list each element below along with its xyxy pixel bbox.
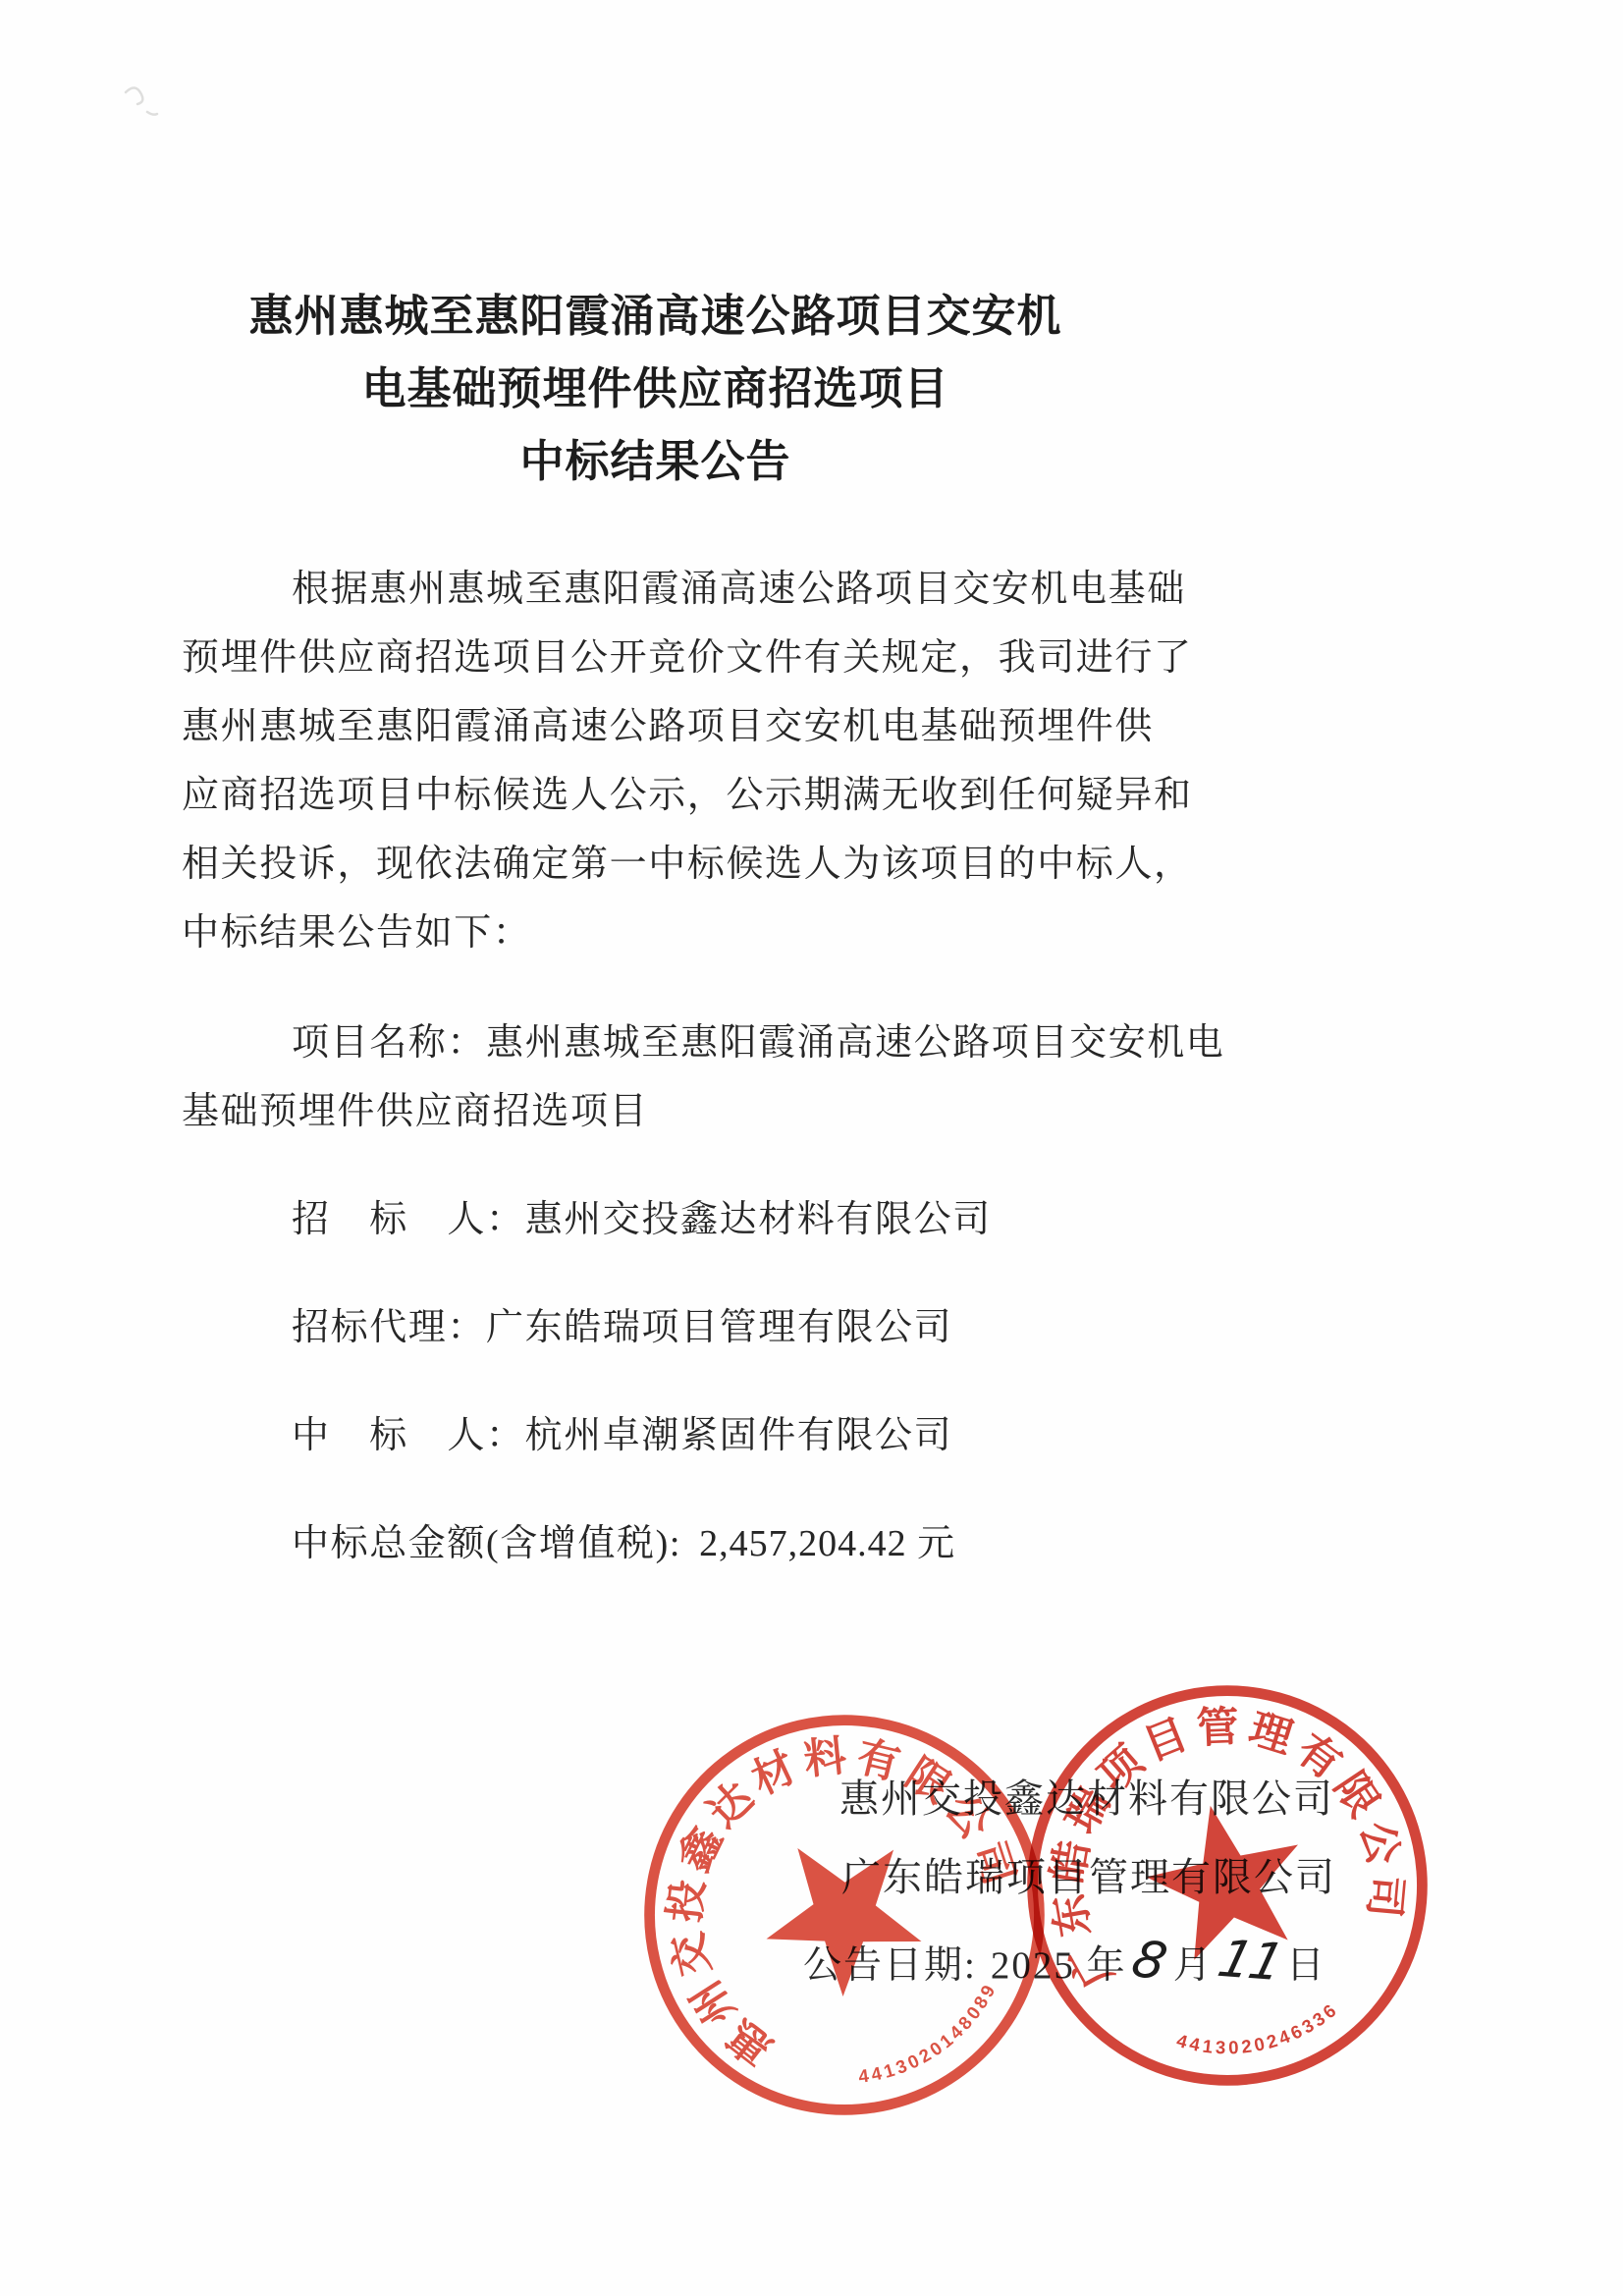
paragraph-line: 根据惠州惠城至惠阳霞涌高速公路项目交安机电基础 [182, 555, 1129, 624]
date-day-unit: 日 [1286, 1944, 1326, 1987]
paragraph-line: 应商招选项目中标候选人公示，公示期满无收到任何疑异和 [182, 761, 1129, 830]
seal-serial-text: 4413020246336 [1170, 1996, 1347, 2072]
agency-value: 广东皓瑞项目管理有限公司 [486, 1307, 952, 1348]
amount-value: 2,457,204.42 元 [681, 1523, 955, 1564]
signature-company-1: 惠州交投鑫达材料有限公司 [839, 1774, 1334, 1825]
date-year-unit: 年 [1087, 1944, 1127, 1987]
date-label: 公告日期: [803, 1944, 977, 1987]
title-line-3: 中标结果公告 [182, 425, 1129, 498]
winner-value: 杭州卓潮紧固件有限公司 [525, 1415, 953, 1456]
agency-label: 招标代理： [292, 1307, 486, 1348]
paragraph-line: 相关投诉，现依法确定第一中标候选人为该项目的中标人， [182, 830, 1129, 899]
amount-label: 中标总金额(含增值税): [292, 1523, 681, 1564]
tenderer-value: 惠州交投鑫达材料有限公司 [525, 1199, 992, 1240]
intro-paragraph: 根据惠州惠城至惠阳霞涌高速公路项目交安机电基础 预埋件供应商招选项目公开竞价文件… [182, 555, 1129, 967]
company-seal-xinda: 惠州交投鑫达材料有限公司 4413020148089 [551, 1621, 1139, 2210]
date-year: 2025 [991, 1944, 1075, 1987]
winner-label: 中 标 人： [292, 1415, 525, 1456]
date-month-handwritten: 8 [1126, 1931, 1174, 1992]
seal-ring [573, 1644, 1116, 2187]
agency-field: 招标代理：广东皓瑞项目管理有限公司 [182, 1293, 1129, 1362]
date-month-unit: 月 [1173, 1944, 1214, 1987]
tenderer-label: 招 标 人： [292, 1199, 525, 1240]
project-name-block: 项目名称：惠州惠城至惠阳霞涌高速公路项目交安机电 基础预埋件供应商招选项目 [182, 1009, 1129, 1146]
announcement-date: 公告日期:2025 年8月11日 [803, 1933, 1326, 1995]
project-name-line: 项目名称：惠州惠城至惠阳霞涌高速公路项目交安机电 [182, 1009, 1129, 1077]
title-line-1: 惠州惠城至惠阳霞涌高速公路项目交安机 [182, 280, 1129, 353]
tenderer-field: 招 标 人：惠州交投鑫达材料有限公司 [182, 1185, 1129, 1254]
document-title: 惠州惠城至惠阳霞涌高速公路项目交安机 电基础预埋件供应商招选项目 中标结果公告 [182, 280, 1129, 498]
announcement-page: 惠州惠城至惠阳霞涌高速公路项目交安机 电基础预埋件供应商招选项目 中标结果公告 … [0, 0, 1623, 2296]
paragraph-line: 中标结果公告如下： [182, 899, 1129, 967]
scan-mark [118, 79, 177, 128]
document-body: 惠州惠城至惠阳霞涌高速公路项目交安机 电基础预埋件供应商招选项目 中标结果公告 … [182, 280, 1129, 1578]
svg-text:4413020246336: 4413020246336 [1170, 1996, 1347, 2072]
signature-company-2: 广东皓瑞项目管理有限公司 [841, 1852, 1336, 1903]
paragraph-line: 惠州惠城至惠阳霞涌高速公路项目交安机电基础预埋件供 [182, 692, 1129, 761]
title-line-2: 电基础预埋件供应商招选项目 [182, 353, 1129, 425]
project-name-line: 基础预埋件供应商招选项目 [182, 1077, 1129, 1146]
paragraph-line: 预埋件供应商招选项目公开竞价文件有关规定，我司进行了 [182, 624, 1129, 692]
date-day-handwritten: 11 [1213, 1931, 1287, 1991]
winner-field: 中 标 人：杭州卓潮紧固件有限公司 [182, 1401, 1129, 1470]
amount-field: 中标总金额(含增值税):2,457,204.42 元 [182, 1509, 1129, 1578]
